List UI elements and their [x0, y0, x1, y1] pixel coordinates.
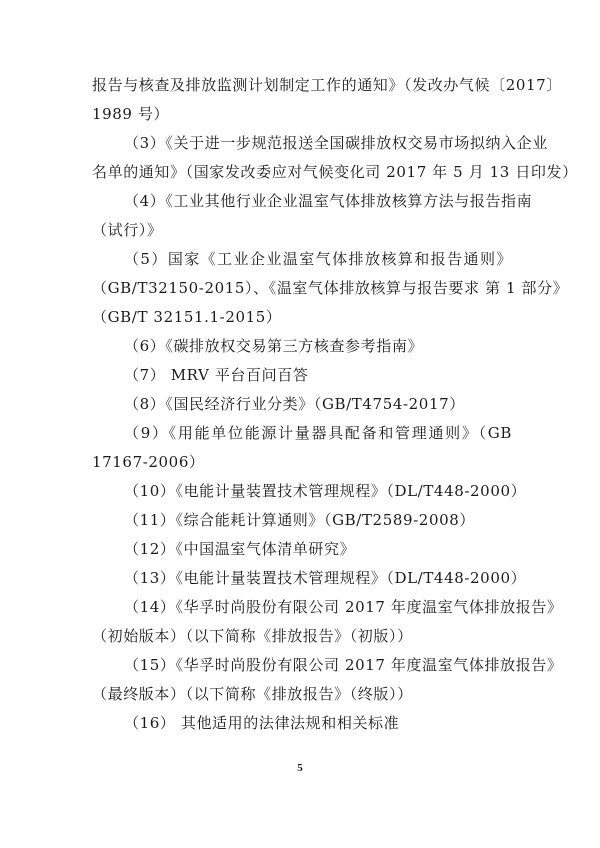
text-line: （14）《华孚时尚股份有限公司 2017 年度温室气体排放报告》 — [124, 597, 512, 617]
text-line: （16） 其他适用的法律法规和相关标准 — [124, 713, 512, 733]
text-line: （9）《用能单位能源计量器具配备和管理通则》（GB — [124, 423, 512, 443]
text-line: （试行）》 — [92, 220, 512, 240]
text-line: 报告与核查及排放监测计划制定工作的通知》（发改办气候〔2017〕 — [92, 75, 512, 95]
document-page: 报告与核查及排放监测计划制定工作的通知》（发改办气候〔2017〕1989 号）（… — [0, 0, 600, 848]
text-line: （8）《国民经济行业分类》（GB/T4754-2017） — [124, 394, 512, 414]
text-line: （15）《华孚时尚股份有限公司 2017 年度温室气体排放报告》 — [124, 655, 512, 675]
text-line: （最终版本）（以下简称《排放报告》（终版）） — [92, 684, 512, 704]
text-line: （初始版本）（以下简称《排放报告》（初版）） — [92, 626, 512, 646]
text-line: （GB/T32150-2015）、《温室气体排放核算与报告要求 第 1 部分》 — [92, 278, 512, 298]
text-line: 1989 号） — [92, 104, 512, 124]
text-line: （13）《电能计量装置技术管理规程》（DL/T448-2000） — [124, 568, 512, 588]
text-line: 17167-2006） — [92, 452, 512, 472]
text-line: （6）《碳排放权交易第三方核查参考指南》 — [124, 336, 512, 356]
text-line: （GB/T 32151.1-2015） — [92, 307, 512, 327]
text-line: （4）《工业其他行业企业温室气体排放核算方法与报告指南 — [124, 191, 512, 211]
text-line: （11）《综合能耗计算通则》（GB/T2589-2008） — [124, 510, 512, 530]
text-line: （10）《电能计量装置技术管理规程》（DL/T448-2000） — [124, 481, 512, 501]
page-number: 5 — [0, 762, 600, 774]
text-line: （7） MRV 平台百问百答 — [124, 365, 512, 385]
text-line: （3）《关于进一步规范报送全国碳排放权交易市场拟纳入企业 — [124, 133, 512, 153]
text-line: 名单的通知》（国家发改委应对气候变化司 2017 年 5 月 13 日印发） — [92, 162, 512, 182]
text-line: （12）《中国温室气体清单研究》 — [124, 539, 512, 559]
text-line: （5）国家《工业企业温室气体排放核算和报告通则》 — [124, 249, 512, 269]
